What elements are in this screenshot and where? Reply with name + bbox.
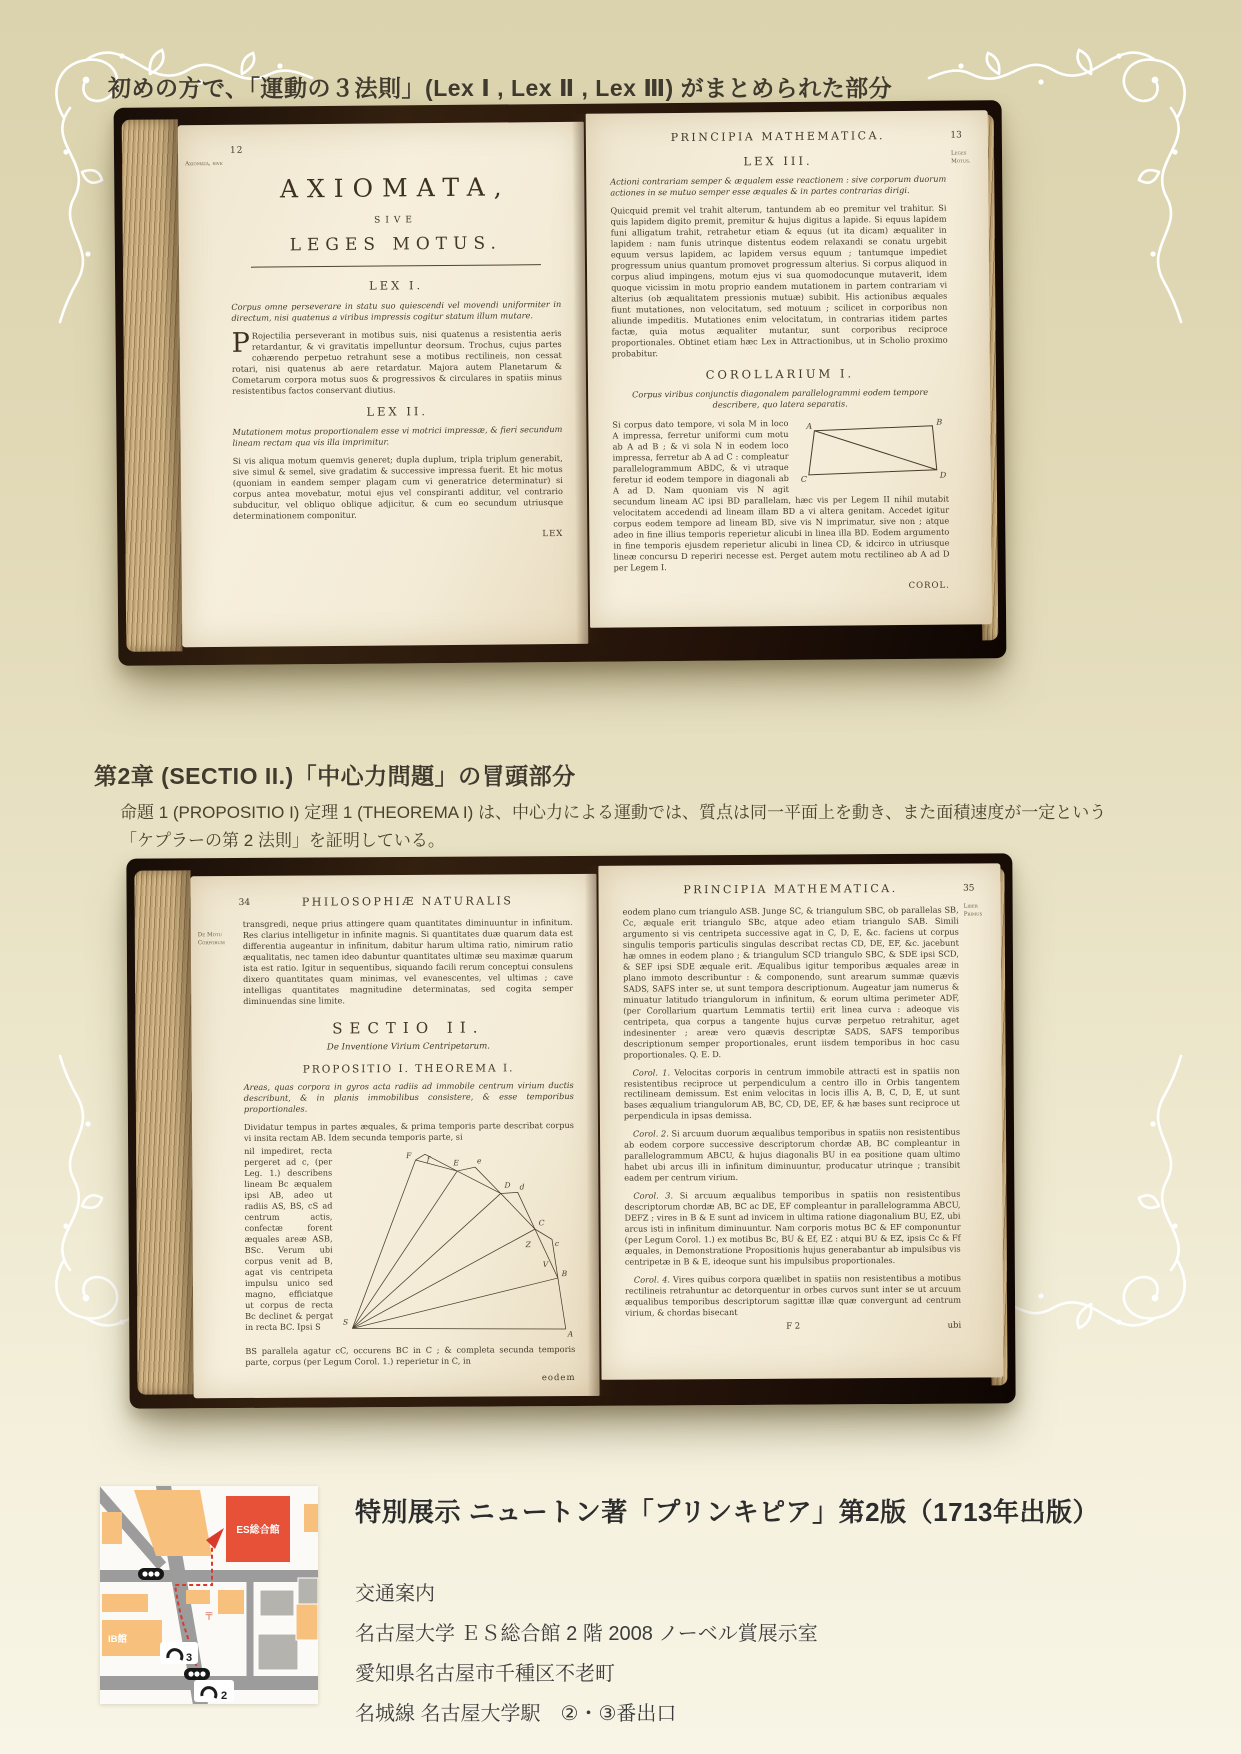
fig-label: E [452, 1159, 459, 1168]
exhibition-title: 特別展示 ニュートン著「プリンキピア」第2版（1713年出版） [355, 1492, 1099, 1529]
exit-number: 2 [221, 1690, 227, 1702]
post-office-mark: 〒 [204, 1612, 214, 1623]
fig-label: C [801, 475, 807, 483]
traffic-light-icon [184, 1668, 210, 1680]
corollarium-heading: COROLLARIUM I. [612, 366, 948, 384]
header-title: PRINCIPIA MATHEMATICA. [671, 129, 885, 144]
divider [251, 265, 541, 269]
corollary-label: Corol. 4. [634, 1275, 670, 1285]
leges-motus-title: LEGES MOTUS. [231, 232, 561, 258]
catchword: ubi [948, 1321, 962, 1332]
running-header: 34 PHILOSOPHIÆ NATURALIS [243, 894, 573, 911]
es-building-label: ES総合館 [236, 1523, 279, 1536]
book1-right-page: PRINCIPIA MATHEMATICA. 13 Leges Motus. L… [586, 110, 992, 627]
proposition1-figure: S A B C D E F c d e f V Z [338, 1146, 575, 1343]
corollary-text: Si arcuum duorum æqualibus temporibus in… [624, 1127, 960, 1183]
page-number: 34 [239, 897, 251, 909]
catchword: COROL. [614, 581, 950, 595]
corollary-1: Corol. 1. Velocitas corporis in centrum … [624, 1065, 960, 1122]
corollary-label: Corol. 2. [633, 1129, 669, 1139]
fig-label: Z [525, 1240, 532, 1249]
propositio-heading: PROPOSITIO I. THEOREMA I. [244, 1061, 574, 1077]
lex3-statement: Actioni contrariam semper & æqualem esse… [610, 174, 946, 199]
corollary-text: Vires quibus corpora quælibet in spatiis… [625, 1273, 961, 1318]
section2-note: 命題 1 (PROPOSITIO I) 定理 1 (THEOREMA I) は、… [120, 799, 1136, 854]
lex2-body: Si vis aliqua motum quemvis generet; dup… [233, 453, 564, 522]
fig-label: A [805, 422, 812, 431]
catchword: eodem [245, 1373, 575, 1386]
ib-building-label: IB館 [108, 1633, 128, 1645]
fig-label: D [939, 471, 947, 480]
lex3-body: Quicquid premit vel trahit alterum, tant… [610, 203, 947, 360]
catchword: LEX [233, 529, 563, 543]
fig-label: F [405, 1151, 412, 1160]
section2-heading: 第2章 (SECTIO II.)「中心力問題」の冒頭部分 [94, 758, 576, 791]
margin-note: De Motu Corporum [198, 932, 238, 948]
access-map: ES総合館 IB館 〒 3 2 [100, 1486, 318, 1704]
fig-label: f [426, 1155, 431, 1164]
fig-label: B [561, 1269, 568, 1278]
access-info: 交通案内 名古屋大学 ＥＳ総合館 2 階 2008 ノーベル賞展示室 愛知県名古… [355, 1574, 818, 1734]
corollary-text: Velocitas corporis in centrum immobile a… [624, 1065, 960, 1121]
corollary-4: Corol. 4. Vires quibus corpora quælibet … [625, 1273, 961, 1319]
fig-label: V [543, 1260, 550, 1269]
lex1-statement: Corpus omne perseverare in statu suo qui… [231, 299, 561, 324]
book2-left-page: 34 PHILOSOPHIÆ NATURALIS De Motu Corporu… [190, 874, 599, 1398]
lex1-body: PRojectilia perseverant in motibus suis,… [232, 328, 563, 397]
lex3-heading: LEX III. [610, 152, 946, 170]
fig-label: c [555, 1239, 560, 1248]
fig-label: S [343, 1318, 348, 1327]
fig-label: A [567, 1330, 574, 1339]
page-edges-left [122, 119, 183, 651]
corollary-text: Si arcuum æqualibus temporibus in spatii… [624, 1189, 960, 1267]
signature-mark: F 2 [786, 1322, 800, 1332]
margin-note: Leges Motus. [951, 150, 983, 166]
access-line-address: 愛知県名古屋市千種区不老町 [355, 1654, 818, 1694]
margin-note: Liber Primus [964, 903, 996, 919]
running-header: PRINCIPIA MATHEMATICA. 13 [610, 129, 946, 147]
subway-exit-3-icon: 3 [160, 1642, 198, 1664]
proof-continuation: BS parallela agatur cC, occurens BC in C… [245, 1344, 575, 1368]
lex2-heading: LEX II. [232, 403, 562, 421]
sive-label: SIVE [231, 213, 561, 228]
parallelogram-figure: A B C D [798, 418, 949, 483]
page-number: 35 [963, 883, 975, 895]
subway-exit-2-icon: 2 [194, 1680, 234, 1702]
fig-label: B [935, 418, 942, 427]
fig-label: D [503, 1181, 510, 1190]
corollarium-block: A B C D Si corpus dato tempore, vi sola … [612, 417, 949, 574]
book2-right-page: PRINCIPIA MATHEMATICA. 35 Liber Primus e… [598, 863, 1003, 1379]
corollarium-statement: Corpus viribus conjunctis diagonalem par… [612, 387, 948, 412]
intro-body: transgredi, neque prius attingere quam q… [243, 917, 574, 1007]
fig-label: d [520, 1183, 525, 1192]
header-title: PRINCIPIA MATHEMATICA. [683, 882, 897, 896]
section1-heading: 初めの方で、「運動の３法則」(Lex Ⅰ , Lex Ⅱ , Lex Ⅲ) がま… [108, 70, 892, 103]
propositio-statement: Areas, quas corpora in gyros acta radiis… [244, 1080, 574, 1115]
corollary-label: Corol. 1. [633, 1067, 670, 1077]
header-title: PHILOSOPHIÆ NATURALIS [302, 894, 514, 908]
lex1-heading: LEX I. [231, 277, 561, 295]
corollary-3: Corol. 3. Si arcuum æqualibus temporibus… [624, 1189, 960, 1268]
page-number: 12 [230, 142, 560, 157]
access-line-station: 名城線 名古屋大学駅 ②・③番出口 [355, 1694, 818, 1734]
proof-body: eodem plano cum triangulo ASB. Junge SC,… [623, 904, 960, 1060]
margin-note: Axiomata, sive [185, 161, 225, 169]
book-photo-laws-of-motion: Axiomata, sive 12 AXIOMATA, SIVE LEGES M… [114, 100, 1007, 666]
sectio-subtitle: De Inventione Virium Centripetarum. [243, 1041, 573, 1055]
flyer-page: 初めの方で、「運動の３法則」(Lex Ⅰ , Lex Ⅱ , Lex Ⅲ) がま… [0, 0, 1241, 1754]
signature-row: F 2 ubi [625, 1321, 961, 1334]
lex2-statement: Mutationem motus proportionalem esse vi … [232, 424, 562, 449]
book-photo-sectio-ii: 34 PHILOSOPHIÆ NATURALIS De Motu Corporu… [126, 853, 1015, 1408]
running-header: PRINCIPIA MATHEMATICA. 35 [622, 882, 958, 899]
traffic-light-icon [138, 1568, 164, 1580]
exit-number: 3 [186, 1652, 192, 1664]
axiomata-title: AXIOMATA, [230, 170, 560, 206]
access-heading: 交通案内 [355, 1574, 818, 1614]
fig-label: C [539, 1218, 545, 1227]
corollary-label: Corol. 3. [633, 1191, 673, 1201]
proof-intro: Dividatur tempus in partes æquales, & pr… [244, 1120, 574, 1144]
book1-left-page: Axiomata, sive 12 AXIOMATA, SIVE LEGES M… [178, 122, 589, 648]
page-number: 13 [950, 129, 962, 141]
sectio-heading: SECTIO II. [243, 1017, 573, 1039]
fig-label: e [477, 1157, 482, 1166]
page-edges-left [134, 870, 193, 1394]
corollary-2: Corol. 2. Si arcuum duorum æqualibus tem… [624, 1127, 960, 1184]
access-line-venue: 名古屋大学 ＥＳ総合館 2 階 2008 ノーベル賞展示室 [355, 1614, 818, 1654]
